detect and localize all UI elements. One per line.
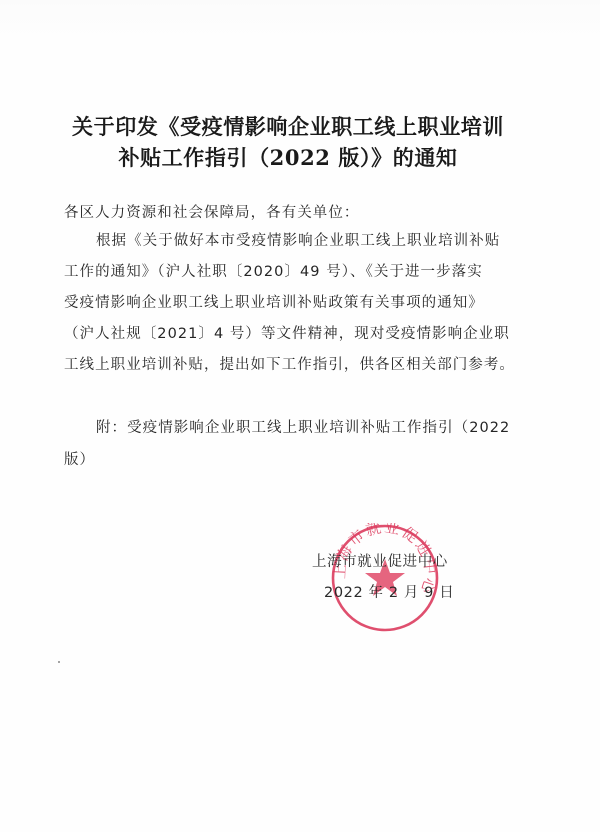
attachment-line-1: 附：受疫情影响企业职工线上职业培训补贴工作指引（2022 [96,418,510,438]
salutation: 各区人力资源和社会保障局，各有关单位： [64,203,359,223]
document-page: 关于印发《受疫情影响企业职工线上职业培训 补贴工作指引（2022 版）》的通知 … [0,0,600,832]
body-line-1: 根据《关于做好本市受疫情影响企业职工线上职业培训补贴 [96,231,500,251]
document-title-line-1: 关于印发《受疫情影响企业职工线上职业培训 [0,111,588,143]
body-line-3: 受疫情影响企业职工线上职业培训补贴政策有关事项的通知》 [64,293,484,313]
official-seal-icon: 上海市就业促进中心 [330,523,440,633]
attachment-line-2: 版） [64,450,95,470]
document-title-line-2: 补贴工作指引（2022 版）》的通知 [0,142,588,174]
body-line-5: 工线上职业培训补贴，提出如下工作指引，供各区相关部门参考。 [64,355,515,375]
faint-letterhead [0,0,600,40]
issuer-name: 上海市就业促进中心 [312,552,448,572]
body-line-2: 工作的通知》（沪人社职〔2020〕49 号）、《关于进一步落实 [64,262,483,282]
issue-date: 2022 年 2 月 9 日 [324,583,454,603]
body-line-4: （沪人社规〔2021〕4 号）等文件精神，现对受疫情影响企业职 [64,324,510,344]
scan-speck [58,661,60,663]
